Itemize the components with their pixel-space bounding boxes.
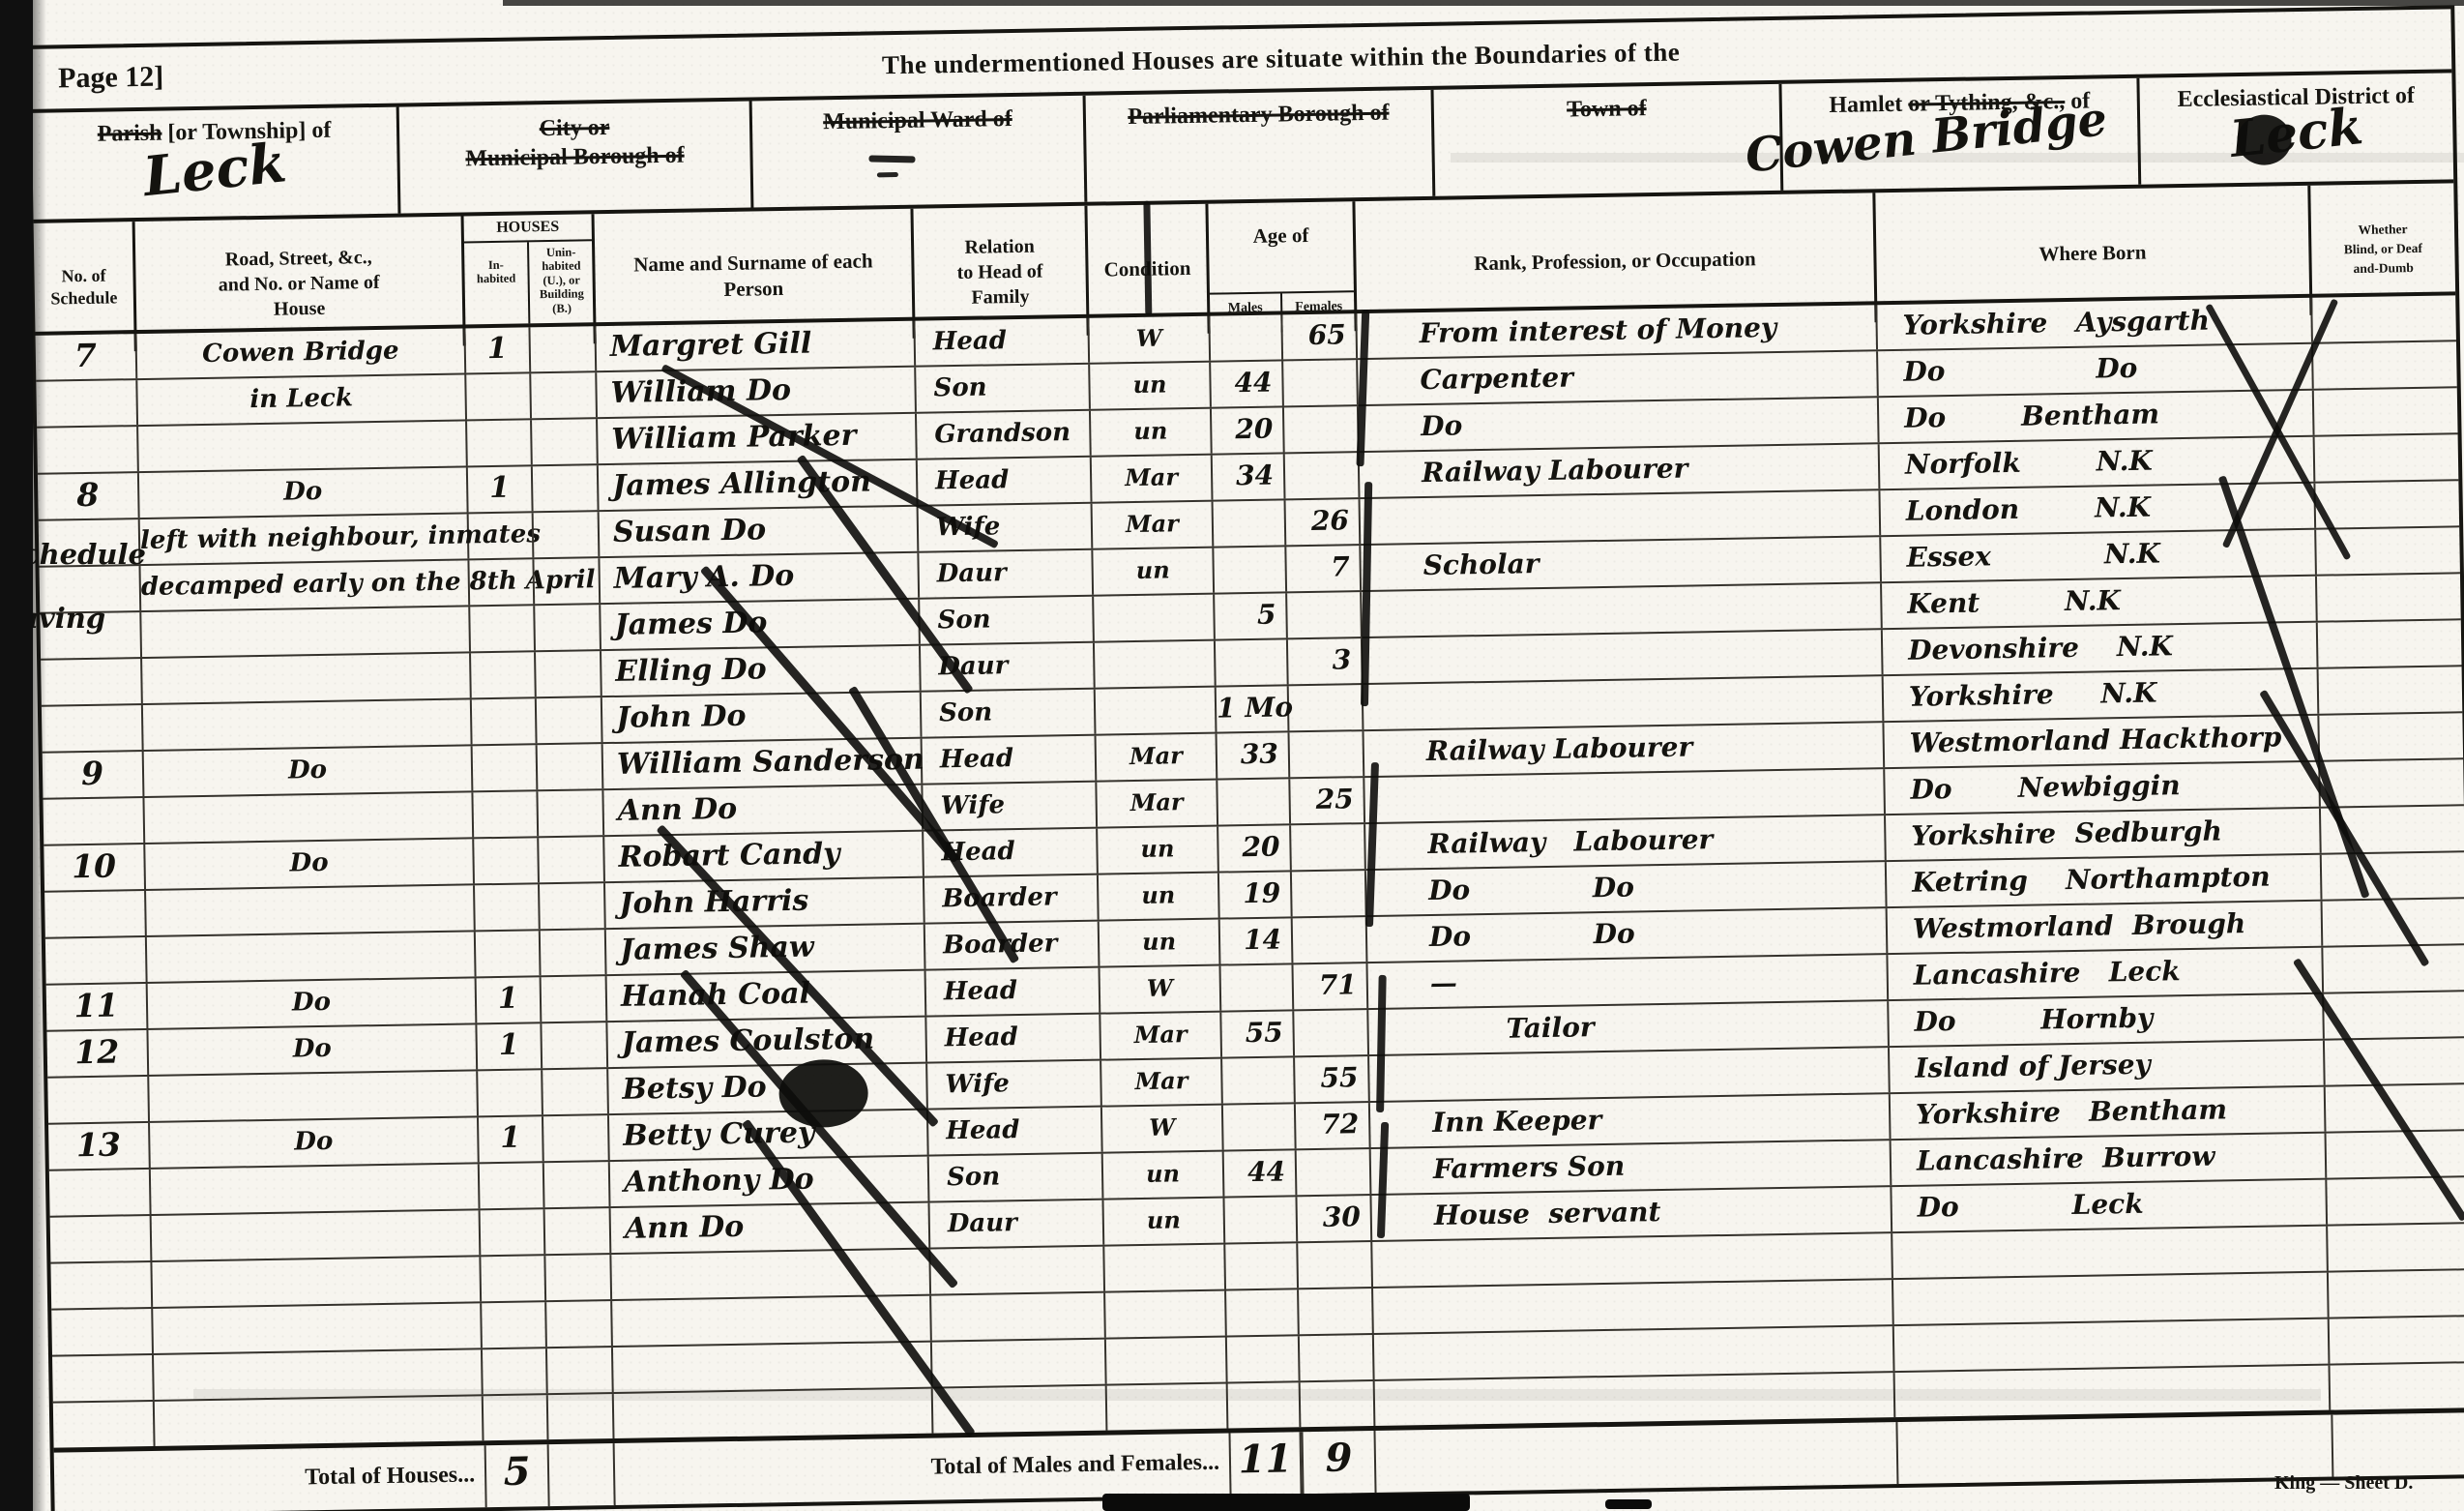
- cell-road-name: [146, 885, 476, 935]
- cell-uninhabited: [537, 697, 603, 743]
- col-inhabited: In- habited: [464, 242, 530, 324]
- cell-road-name: decamped early on the 8th April: [140, 560, 470, 610]
- cell-occupation: [1374, 1326, 1895, 1379]
- cell-condition: [1106, 1338, 1228, 1384]
- cell-uninhabited: [545, 1255, 612, 1300]
- cell-occupation: Do Do: [1366, 862, 1888, 915]
- cell-road-name: [149, 1071, 479, 1121]
- cell-blind-deaf: [2329, 1270, 2464, 1317]
- cell-condition: W: [1102, 1106, 1224, 1152]
- cell-person-name: John Harris: [605, 878, 925, 928]
- boundary-ward: Municipal Ward of: [752, 96, 1088, 208]
- cell-occupation: —: [1367, 955, 1889, 1008]
- cell-where-born: [1894, 1319, 2331, 1371]
- cell-blind-deaf: [2331, 1363, 2464, 1409]
- cell-inhabited: [471, 652, 537, 697]
- cell-road-name: [153, 1303, 483, 1353]
- cell-condition: un: [1090, 363, 1212, 409]
- cell-person-name: [613, 1343, 933, 1392]
- cell-relation: Wife: [919, 504, 1094, 551]
- cell-age-female: [1298, 1242, 1373, 1288]
- cell-relation: Grandson: [917, 411, 1092, 459]
- cell-uninhabited: [531, 372, 598, 418]
- cell-road-name: [154, 1349, 484, 1400]
- cell-where-born: [1892, 1227, 2329, 1278]
- cell-condition: un: [1100, 920, 1221, 966]
- cell-where-born: Do Do: [1878, 344, 2314, 396]
- cell-person-name: James Allington: [599, 460, 919, 510]
- cell-age-female: 26: [1286, 499, 1362, 545]
- ink-stroke: [868, 155, 915, 163]
- cell-road-name: left with neighbour, inmates: [140, 514, 470, 564]
- cell-uninhabited: [538, 790, 604, 836]
- col-uninhabited: Unin- habited (U.), or Building (B.): [529, 241, 594, 323]
- cell-where-born: Ketring Northampton: [1887, 855, 2323, 906]
- cell-relation: Son: [920, 597, 1095, 644]
- cell-relation: [930, 1247, 1105, 1294]
- cell-uninhabited: [532, 419, 599, 464]
- grid-line: [2331, 1415, 2333, 1477]
- cell-occupation: Railway Labourer: [1360, 444, 1881, 497]
- cell-inhabited: [483, 1348, 548, 1394]
- cell-uninhabited: [535, 605, 601, 650]
- cell-occupation: Do: [1359, 398, 1880, 451]
- cell-inhabited: [470, 606, 536, 651]
- cell-inhabited: [467, 420, 533, 465]
- scan-border-shadow: [33, 0, 46, 1511]
- cell-age-male: 55: [1221, 1011, 1295, 1056]
- cell-age-male: [1214, 547, 1287, 592]
- cell-uninhabited: [540, 883, 606, 929]
- scan-smudge: [1102, 1494, 1470, 1511]
- cell-age-male: [1214, 500, 1287, 546]
- cell-relation: Head: [918, 458, 1093, 505]
- cell-condition: Mar: [1101, 1059, 1223, 1106]
- cell-age-male: [1220, 964, 1294, 1010]
- cell-age-female: [1287, 592, 1363, 637]
- boundary-parliamentary: Parliamentary Borough of: [1086, 90, 1436, 202]
- cell-inhabited: [481, 1256, 546, 1301]
- cell-schedule-number: [47, 1077, 150, 1123]
- cell-where-born: Lancashire Burrow: [1892, 1134, 2328, 1185]
- cell-age-female: [1289, 685, 1364, 730]
- cell-age-female: 65: [1282, 313, 1358, 359]
- cell-age-female: [1294, 1010, 1369, 1055]
- cell-relation: Head: [923, 736, 1098, 784]
- cell-where-born: Yorkshire Bentham: [1891, 1087, 2327, 1139]
- cell-uninhabited: [543, 1115, 610, 1161]
- cell-blind-deaf: [2328, 1224, 2464, 1270]
- cell-schedule-number: [43, 798, 145, 844]
- cell-uninhabited: [546, 1301, 613, 1347]
- cell-where-born: Westmorland Hackthorp: [1884, 716, 2320, 767]
- cell-schedule-number: [45, 937, 148, 984]
- cell-age-male: [1228, 1382, 1302, 1428]
- cell-uninhabited: [530, 326, 597, 371]
- cell-where-born: Do Bentham: [1879, 391, 2315, 442]
- cell-road-name: Cowen Bridge: [137, 328, 467, 378]
- cell-where-born: [1895, 1366, 2332, 1417]
- cell-uninhabited: [542, 1022, 608, 1068]
- cell-road-name: Do: [148, 1024, 478, 1075]
- boundary-parliamentary-label: Parliamentary Borough of: [1128, 101, 1390, 130]
- cell-road-name: [147, 932, 477, 982]
- cell-occupation: [1361, 490, 1882, 544]
- cell-relation: Son: [922, 690, 1097, 737]
- cell-age-female: [1293, 917, 1368, 963]
- cell-age-male: [1227, 1336, 1301, 1381]
- cell-age-female: [1284, 406, 1360, 452]
- cell-condition: [1104, 1245, 1226, 1291]
- cell-blind-deaf: [2317, 574, 2461, 620]
- cell-uninhabited: [536, 651, 602, 696]
- cell-age-female: 30: [1297, 1196, 1372, 1241]
- cell-age-male: 44: [1224, 1150, 1298, 1196]
- total-houses-label: Total of Houses...: [54, 1445, 485, 1511]
- cell-inhabited: [478, 1070, 543, 1115]
- cell-blind-deaf: [2327, 1131, 2464, 1177]
- cell-inhabited: 1: [468, 466, 534, 512]
- boundary-parish-struck: Parish: [98, 121, 162, 147]
- cell-person-name: [614, 1389, 934, 1438]
- cell-age-male: 20: [1218, 825, 1292, 871]
- cell-age-female: [1285, 453, 1361, 498]
- cell-inhabited: [476, 931, 542, 976]
- cell-relation: Wife: [927, 1061, 1102, 1109]
- cell-age-male: 19: [1219, 872, 1293, 917]
- cell-blind-deaf: [2322, 852, 2464, 899]
- cell-age-female: 7: [1286, 546, 1362, 591]
- cell-blind-deaf: [2319, 713, 2463, 759]
- cell-where-born: Island of Jersey: [1890, 1041, 2326, 1092]
- cell-uninhabited: [534, 512, 601, 557]
- cell-where-born: Do Hornby: [1889, 994, 2325, 1046]
- cell-uninhabited: [548, 1394, 615, 1439]
- cell-age-male: [1225, 1243, 1299, 1289]
- cell-occupation: [1363, 630, 1884, 683]
- cell-inhabited: [481, 1209, 546, 1255]
- cell-occupation: [1369, 1048, 1891, 1101]
- cell-condition: Mar: [1097, 781, 1218, 827]
- cell-condition: Mar: [1097, 734, 1218, 781]
- cell-person-name: Elling Do: [601, 646, 922, 696]
- cell-uninhabited: [547, 1348, 614, 1393]
- cell-blind-deaf: [2325, 1038, 2464, 1084]
- cell-condition: W: [1100, 966, 1222, 1013]
- cell-age-female: 71: [1293, 963, 1368, 1009]
- cell-occupation: Tailor: [1368, 1001, 1890, 1054]
- cell-road-name: [138, 421, 468, 471]
- cell-inhabited: [469, 559, 535, 605]
- cell-where-born: Do Leck: [1892, 1180, 2328, 1231]
- cell-condition: W: [1089, 316, 1211, 363]
- cell-relation: Daur: [930, 1200, 1105, 1248]
- cell-person-name: William Do: [597, 368, 917, 417]
- cell-where-born: Yorkshire N.K: [1884, 669, 2320, 721]
- cell-occupation: Railway Labourer: [1365, 815, 1887, 869]
- cell-schedule-number: [53, 1402, 156, 1448]
- cell-inhabited: [473, 791, 539, 837]
- cell-age-male: [1216, 639, 1289, 685]
- cell-where-born: Do Newbiggin: [1885, 762, 2321, 814]
- cell-relation: [932, 1340, 1107, 1387]
- cell-age-male: [1217, 779, 1291, 824]
- cell-occupation: [1373, 1280, 1894, 1333]
- cell-age-male: 5: [1215, 593, 1288, 638]
- total-males-value: 11: [1229, 1432, 1303, 1495]
- cell-age-female: [1290, 731, 1365, 777]
- ink-stroke: [877, 172, 898, 177]
- cell-condition: [1096, 688, 1217, 734]
- cell-person-name: Robart Candy: [604, 832, 924, 881]
- cell-relation: Daur: [919, 550, 1094, 598]
- cell-relation: Head: [915, 318, 1090, 366]
- cell-inhabited: 1: [479, 1116, 544, 1162]
- cell-uninhabited: [539, 837, 605, 882]
- cell-inhabited: 1: [477, 1023, 543, 1069]
- page-number: Page 12]: [58, 61, 164, 96]
- cell-age-female: [1292, 871, 1367, 916]
- cell-occupation: Carpenter: [1358, 351, 1879, 404]
- cell-schedule-number: 12: [46, 1030, 149, 1077]
- cell-where-born: Yorkshire Sedburgh: [1886, 809, 2322, 860]
- cell-uninhabited: [542, 976, 608, 1022]
- scan-smudge: [1605, 1499, 1652, 1509]
- cell-schedule-number: [51, 1309, 154, 1355]
- cell-relation: Wife: [923, 783, 1098, 830]
- cell-road-name: [141, 607, 471, 657]
- cell-relation: Son: [929, 1154, 1104, 1201]
- cell-person-name: Ann Do: [603, 785, 924, 835]
- scan-top-edge: [503, 0, 2464, 6]
- cell-road-name: [151, 1164, 481, 1214]
- cell-inhabited: [473, 745, 539, 790]
- cell-where-born: [1893, 1273, 2330, 1324]
- cell-inhabited: [466, 373, 532, 419]
- cell-uninhabited: [545, 1208, 612, 1254]
- cell-blind-deaf: [2313, 341, 2457, 388]
- cell-age-female: 25: [1290, 778, 1365, 823]
- cell-age-male: [1224, 1197, 1298, 1242]
- cell-condition: [1095, 641, 1217, 688]
- cell-inhabited: [469, 513, 535, 558]
- cell-occupation: Inn Keeper: [1370, 1094, 1892, 1147]
- cell-road-name: [142, 653, 472, 703]
- cell-age-female: 72: [1296, 1103, 1371, 1148]
- cell-road-name: [144, 792, 474, 843]
- cell-inhabited: [480, 1163, 545, 1208]
- total-houses-value: 5: [484, 1444, 550, 1507]
- cell-occupation: From interest of Money: [1357, 305, 1878, 358]
- cell-blind-deaf: [2315, 481, 2459, 527]
- cell-schedule-number: 10: [44, 844, 146, 891]
- cell-schedule-number: [50, 1262, 153, 1309]
- boundary-city-line2: Municipal Borough of: [399, 140, 749, 175]
- cell-inhabited: [484, 1395, 549, 1440]
- cell-uninhabited: [534, 558, 601, 604]
- boundary-parish: Parish [or Township] of Leck: [32, 107, 401, 220]
- cell-schedule-number: 9: [43, 752, 145, 798]
- cell-road-name: Do: [139, 467, 469, 518]
- cell-uninhabited: [538, 744, 604, 789]
- cell-relation: Head: [926, 968, 1101, 1016]
- boundary-city: City or Municipal Borough of: [399, 101, 754, 213]
- cell-occupation: Railway Labourer: [1364, 723, 1885, 776]
- cell-occupation: [1364, 769, 1886, 822]
- cell-road-name: in Leck: [137, 374, 467, 425]
- sheet-footer-mark: King — Sheet D.: [2274, 1472, 2413, 1495]
- rows: 7 Cowen Bridge 1 Margret Gill Head W 65 …: [35, 291, 2464, 1447]
- cell-road-name: Do: [148, 978, 478, 1028]
- cell-age-female: [1297, 1149, 1372, 1195]
- cell-occupation: House servant: [1371, 1187, 1892, 1240]
- cell-age-male: 1 Mo: [1217, 686, 1290, 731]
- cell-road-name: Do: [144, 746, 474, 796]
- cell-age-male: 44: [1211, 361, 1284, 406]
- cell-occupation: Farmers Son: [1371, 1141, 1892, 1194]
- scan-border: [0, 0, 33, 1511]
- cell-age-male: [1226, 1289, 1300, 1335]
- cell-relation: Head: [926, 1015, 1101, 1062]
- cell-road-name: [152, 1257, 482, 1307]
- cell-age-female: [1300, 1335, 1375, 1380]
- boundary-ward-label: Municipal Ward of: [823, 106, 1012, 134]
- cell-relation: Son: [916, 365, 1091, 412]
- cell-condition: Mar: [1100, 1013, 1222, 1059]
- cell-inhabited: 1: [465, 327, 531, 372]
- cell-blind-deaf: [2315, 434, 2459, 481]
- cell-schedule-number: 13: [48, 1123, 151, 1170]
- cell-inhabited: 1: [477, 977, 543, 1022]
- grid-line: [1895, 1422, 1898, 1484]
- cell-person-name: Margret Gill: [596, 321, 916, 370]
- cell-blind-deaf: [2318, 620, 2462, 667]
- cell-person-name: [611, 1250, 931, 1299]
- cell-schedule-number: [52, 1355, 155, 1402]
- cell-condition: un: [1091, 409, 1213, 456]
- cell-condition: [1107, 1384, 1229, 1431]
- cell-blind-deaf: [2323, 945, 2464, 992]
- census-page: Schedule having Page 12] The undermentio…: [0, 0, 2464, 1511]
- cell-relation: Head: [928, 1108, 1103, 1155]
- cell-where-born: Yorkshire Aysgarth: [1877, 298, 2313, 349]
- cell-person-name: Hanah Coal: [607, 971, 927, 1021]
- cell-age-female: [1301, 1381, 1376, 1427]
- cell-schedule-number: [44, 891, 147, 937]
- cell-blind-deaf: [2330, 1317, 2464, 1363]
- cell-age-female: 3: [1288, 638, 1364, 684]
- cell-occupation: [1362, 583, 1883, 637]
- cell-uninhabited: [533, 465, 600, 511]
- cell-condition: un: [1103, 1199, 1225, 1245]
- cell-where-born: Westmorland Brough: [1888, 902, 2324, 953]
- cell-schedule-number: [50, 1216, 153, 1262]
- cell-uninhabited: [543, 1069, 609, 1114]
- cell-occupation: [1372, 1233, 1893, 1287]
- cell-condition: Mar: [1092, 456, 1214, 502]
- cell-condition: un: [1103, 1152, 1225, 1199]
- cell-condition: Mar: [1093, 502, 1215, 548]
- cell-age-male: 34: [1213, 454, 1286, 499]
- cell-inhabited: [482, 1302, 547, 1348]
- total-females-value: 9: [1301, 1431, 1376, 1494]
- cell-road-name: [155, 1396, 484, 1446]
- cell-blind-deaf: [2319, 667, 2463, 713]
- cell-age-female: [1299, 1289, 1374, 1334]
- cell-condition: un: [1099, 874, 1220, 920]
- cell-condition: un: [1098, 827, 1219, 874]
- cell-uninhabited: [541, 930, 607, 975]
- cell-schedule-number: [41, 659, 143, 705]
- cell-schedule-number: 7: [36, 334, 138, 380]
- cell-schedule-number: [36, 380, 138, 427]
- cell-relation: [931, 1293, 1106, 1341]
- cell-schedule-number: [37, 427, 139, 473]
- cell-age-male: 33: [1217, 732, 1291, 778]
- boundary-hamlet: Hamlet or Tything, &c., of Cowen Bridge: [1781, 78, 2141, 191]
- cell-schedule-number: [42, 705, 144, 752]
- cell-road-name: [152, 1210, 482, 1260]
- cell-occupation: Scholar: [1361, 537, 1882, 590]
- boundary-parish-value: Leck: [31, 124, 399, 216]
- cell-age-male: [1222, 1057, 1296, 1103]
- cell-age-female: [1283, 360, 1359, 405]
- census-sheet: Page 12] The undermentioned Houses are s…: [27, 5, 2464, 1511]
- cell-blind-deaf: [2314, 388, 2458, 434]
- cell-age-male: [1210, 314, 1283, 360]
- cell-road-name: Do: [150, 1117, 480, 1168]
- cell-schedule-number: 8: [38, 473, 140, 519]
- cell-relation: Boarder: [924, 875, 1100, 923]
- cell-age-female: 55: [1295, 1056, 1370, 1102]
- cell-blind-deaf: [2320, 759, 2464, 806]
- cell-inhabited: [475, 884, 541, 930]
- cell-inhabited: [472, 698, 538, 744]
- cell-age-male: [1223, 1104, 1297, 1149]
- cell-inhabited: [474, 838, 540, 883]
- cell-condition: un: [1093, 548, 1215, 595]
- cell-age-female: [1291, 824, 1366, 870]
- cell-occupation: [1375, 1373, 1896, 1426]
- cell-road-name: Do: [145, 839, 475, 889]
- cell-person-name: Ann Do: [611, 1203, 931, 1253]
- cell-road-name: [143, 699, 473, 750]
- cell-condition: [1105, 1291, 1227, 1338]
- totals-uninhabited-cell: [549, 1443, 616, 1506]
- cell-where-born: Lancashire Leck: [1888, 948, 2324, 999]
- cell-uninhabited: [544, 1162, 611, 1207]
- boundary-ecclesiastical: Ecclesiastical District of Leck: [2139, 73, 2453, 184]
- cell-schedule-number: 11: [46, 984, 149, 1030]
- boundary-town-label: Town of: [1567, 96, 1647, 122]
- cell-where-born: Kent N.K: [1882, 577, 2318, 628]
- cell-occupation: [1364, 676, 1885, 729]
- cell-schedule-number: [49, 1170, 152, 1216]
- cell-where-born: Devonshire N.K: [1883, 623, 2319, 674]
- cell-age-male: 20: [1212, 407, 1285, 453]
- cell-occupation: Do Do: [1367, 908, 1889, 962]
- cell-condition: [1094, 595, 1216, 641]
- cell-age-male: 14: [1220, 918, 1294, 963]
- banner-title: The undermentioned Houses are situate wi…: [882, 38, 1681, 81]
